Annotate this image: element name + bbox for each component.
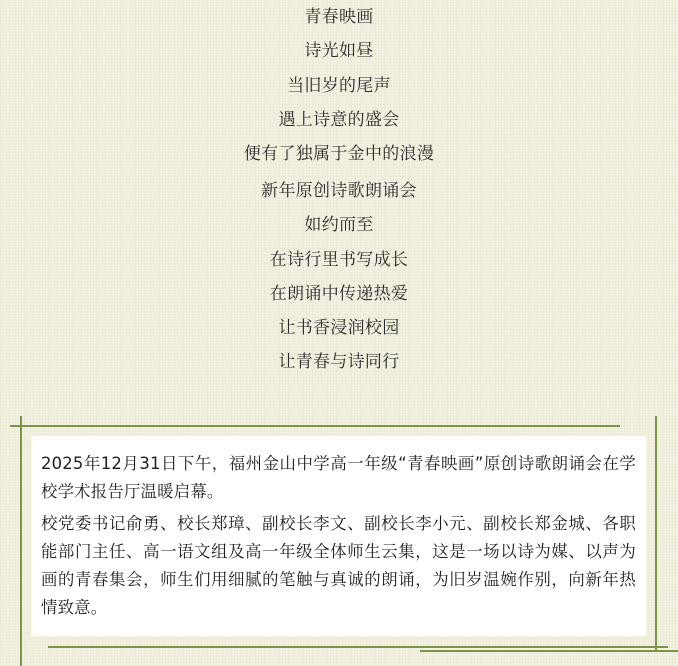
article-paragraph: 2025年12月31日下午，福州金山中学高一年级“青春映画”原创诗歌朗诵会在学校… <box>41 450 636 506</box>
poem-line: 在诗行里书写成长 <box>0 249 678 271</box>
poem-line: 诗光如昼 <box>0 40 678 62</box>
article-card: 2025年12月31日下午，福州金山中学高一年级“青春映画”原创诗歌朗诵会在学校… <box>31 436 646 636</box>
poem-line: 让书香浸润校园 <box>0 317 678 339</box>
poem-line: 如约而至 <box>0 214 678 236</box>
poem-line: 新年原创诗歌朗诵会 <box>0 180 678 202</box>
article-paragraph: 校党委书记俞勇、校长郑璋、副校长李文、副校长李小元、副校长郑金城、各职能部门主任… <box>41 510 636 622</box>
poem-line: 青春映画 <box>0 6 678 28</box>
poem-line: 在朗诵中传递热爱 <box>0 283 678 305</box>
poem-line: 遇上诗意的盛会 <box>0 109 678 131</box>
poem-line: 当旧岁的尾声 <box>0 75 678 97</box>
frame-line-right <box>655 416 657 652</box>
frame-line-bottom-2 <box>420 650 678 652</box>
poem-line: 便有了独属于金中的浪漫 <box>0 143 678 165</box>
frame-line-bottom <box>48 646 668 648</box>
frame-line-top <box>10 425 620 427</box>
poem-line: 让青春与诗同行 <box>0 351 678 373</box>
frame-line-left <box>20 416 22 666</box>
